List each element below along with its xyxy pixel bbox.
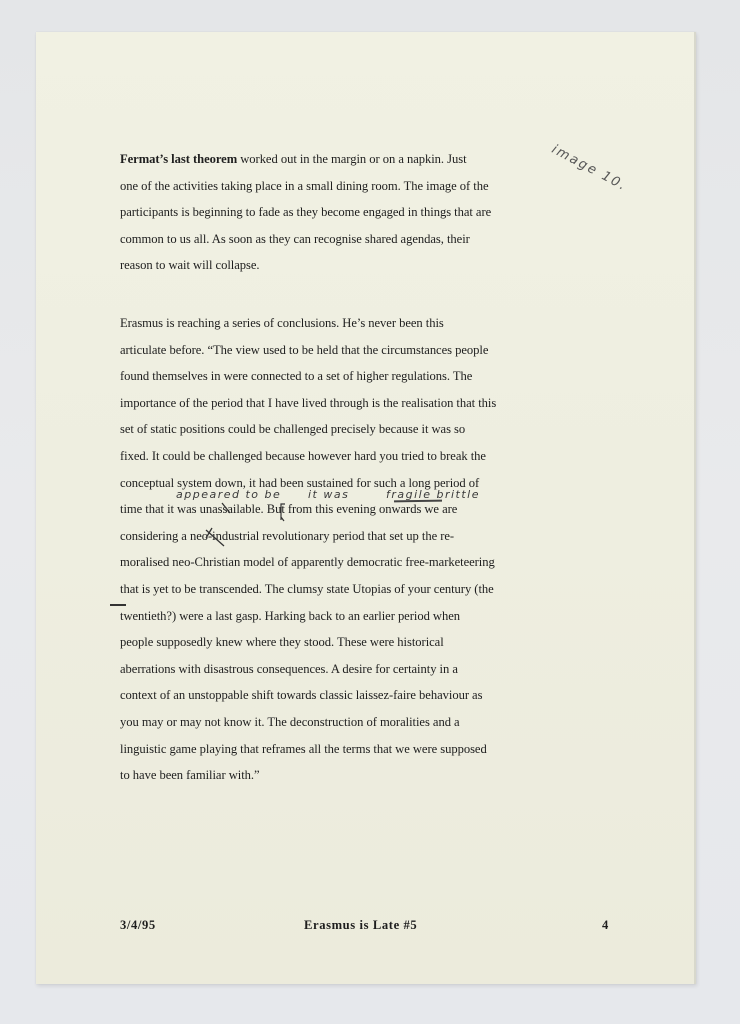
paragraph-line: common to us all. As soon as they can re…: [120, 226, 540, 253]
paragraph-line: Fermat’s last theorem worked out in the …: [120, 146, 540, 173]
paragraph-line: linguistic game playing that reframes al…: [120, 736, 540, 763]
paragraph-line: context of an unstoppable shift towards …: [120, 682, 540, 709]
paragraph-line: aberrations with disastrous consequences…: [120, 656, 540, 683]
bold-lead: Fermat’s last theorem: [120, 152, 237, 166]
line-text: worked out in the margin or on a napkin.…: [237, 152, 466, 166]
paragraph-line: found themselves in were connected to a …: [120, 363, 540, 390]
paragraph-line: one of the activities taking place in a …: [120, 173, 540, 200]
paragraph-line: set of static positions could be challen…: [120, 416, 540, 443]
paragraph-line: Erasmus is reaching a series of conclusi…: [120, 310, 540, 337]
paragraph-line: you may or may not know it. The deconstr…: [120, 709, 540, 736]
paragraph-line: fixed. It could be challenged because ho…: [120, 443, 540, 470]
paragraph-line: to have been familiar with.”: [120, 762, 540, 789]
insertion-caret-mark: [280, 503, 288, 523]
paragraph-line: participants is beginning to fade as the…: [120, 199, 540, 226]
footer-title: Erasmus is Late #5: [304, 918, 417, 933]
paragraph-1: Fermat’s last theorem worked out in the …: [120, 146, 540, 279]
paragraph-line: considering a neo-industrial revolutiona…: [120, 523, 540, 550]
paragraph-line: people supposedly knew where they stood.…: [120, 629, 540, 656]
handwritten-insertion: appeared to be: [176, 488, 281, 501]
paragraph-line: twentieth?) were a last gasp. Harking ba…: [120, 603, 540, 630]
paragraph-line: moralised neo-Christian model of apparen…: [120, 549, 540, 576]
document-page: image 10. Fermat’s last theorem worked o…: [36, 32, 696, 984]
paragraph-line: articulate before. “The view used to be …: [120, 337, 540, 364]
footer-date: 3/4/95: [120, 918, 156, 933]
strikethrough-mark: [204, 526, 226, 548]
handwritten-insertion: it was: [308, 488, 349, 501]
margin-dash-mark: [110, 604, 126, 606]
paragraph-line: reason to wait will collapse.: [120, 252, 540, 279]
paragraph-2: Erasmus is reaching a series of conclusi…: [120, 310, 540, 789]
paragraph-line: importance of the period that I have liv…: [120, 390, 540, 417]
footer-page-number: 4: [602, 918, 609, 933]
paragraph-line: that is yet to be transcended. The clums…: [120, 576, 540, 603]
strikethrough-mark: [221, 502, 231, 514]
handwritten-margin-note: image 10.: [549, 142, 630, 194]
